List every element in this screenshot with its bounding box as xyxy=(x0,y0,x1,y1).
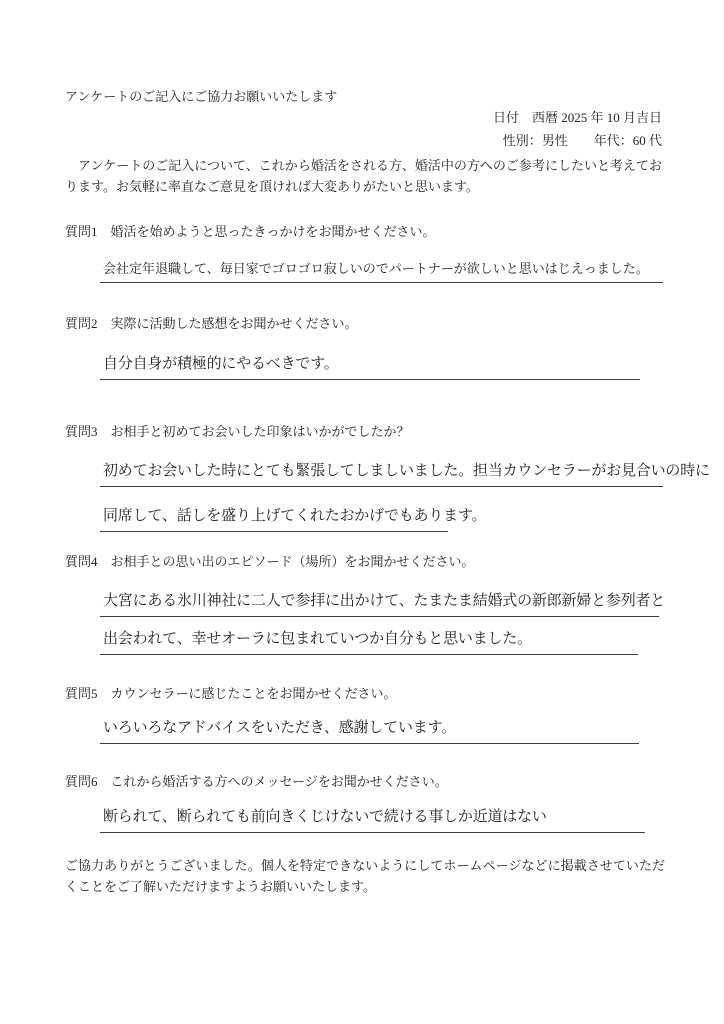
footer-note: ご協力ありがとうございました。個人を特定できないようにしてホームページなどに掲載… xyxy=(65,855,665,897)
question-5-text: カウンセラーに感じたことをお聞かせください。 xyxy=(111,686,397,701)
answer-4-line-2: 出会われて、幸せオーラに包まれていつか自分もと思いました。 xyxy=(100,629,638,655)
date-line: 日付 西暦 2025 年 10 月吉日 xyxy=(493,109,662,126)
question-6-line: 質問6これから婚活する方へのメッセージをお聞かせください。 xyxy=(65,773,448,790)
answer-3-line-2: 同席して、話しを盛り上げてくれたおかげでもあります。 xyxy=(100,506,448,532)
answer-1-line-1: 会社定年退職して、毎日家でゴロゴロ寂しいのでパートナーが欲しいと思いはじえっまし… xyxy=(100,261,663,283)
answer-6-line-1: 断られて、断られても前向きくじけないで続ける事しか近道はない xyxy=(100,807,645,833)
question-3-text: お相手と初めてお会いした印象はいかがでしたか？ xyxy=(111,424,410,439)
profile-line: 性別：男性 年代：60 代 xyxy=(503,132,662,149)
question-2-label: 質問2 xyxy=(65,316,98,331)
question-5-line: 質問5カウンセラーに感じたことをお聞かせください。 xyxy=(65,685,397,702)
intro-paragraph: アンケートのご記入について、これから婚活をされる方、婚活中の方へのご参考にしたい… xyxy=(65,155,662,197)
questionnaire-page: アンケートのご記入にご協力お願いいたします 日付 西暦 2025 年 10 月吉… xyxy=(0,0,724,1024)
question-6-text: これから婚活する方へのメッセージをお聞かせください。 xyxy=(111,774,448,789)
question-4-line: 質問4お相手との思い出のエピソード（場所）をお聞かせください。 xyxy=(65,553,475,570)
answer-5-line-1: いろいろなアドバイスをいただき、感謝しています。 xyxy=(100,718,639,744)
question-1-label: 質問1 xyxy=(65,224,98,239)
question-3-line: 質問3お相手と初めてお会いした印象はいかがでしたか？ xyxy=(65,423,410,440)
question-3-label: 質問3 xyxy=(65,424,98,439)
question-4-text: お相手との思い出のエピソード（場所）をお聞かせください。 xyxy=(111,554,475,569)
answer-4-line-1: 大宮にある氷川神社に二人で参拝に出かけて、たまたま結婚式の新郎新婦と参列者と xyxy=(100,591,659,617)
question-2-text: 実際に活動した感想をお聞かせください。 xyxy=(111,316,358,331)
question-2-line: 質問2実際に活動した感想をお聞かせください。 xyxy=(65,315,358,332)
answer-2-line-1: 自分自身が積極的にやるべきです。 xyxy=(100,354,640,380)
question-1-text: 婚活を始めようと思ったきっかけをお聞かせください。 xyxy=(111,224,436,239)
question-6-label: 質問6 xyxy=(65,774,98,789)
answer-3-line-1: 初めてお会いした時にとても緊張してしましいました。担当カウンセラーがお見合いの時… xyxy=(100,461,663,487)
question-5-label: 質問5 xyxy=(65,686,98,701)
page-title: アンケートのご記入にご協力お願いいたします xyxy=(65,88,337,105)
question-1-line: 質問1婚活を始めようと思ったきっかけをお聞かせください。 xyxy=(65,223,436,240)
question-4-label: 質問4 xyxy=(65,554,98,569)
